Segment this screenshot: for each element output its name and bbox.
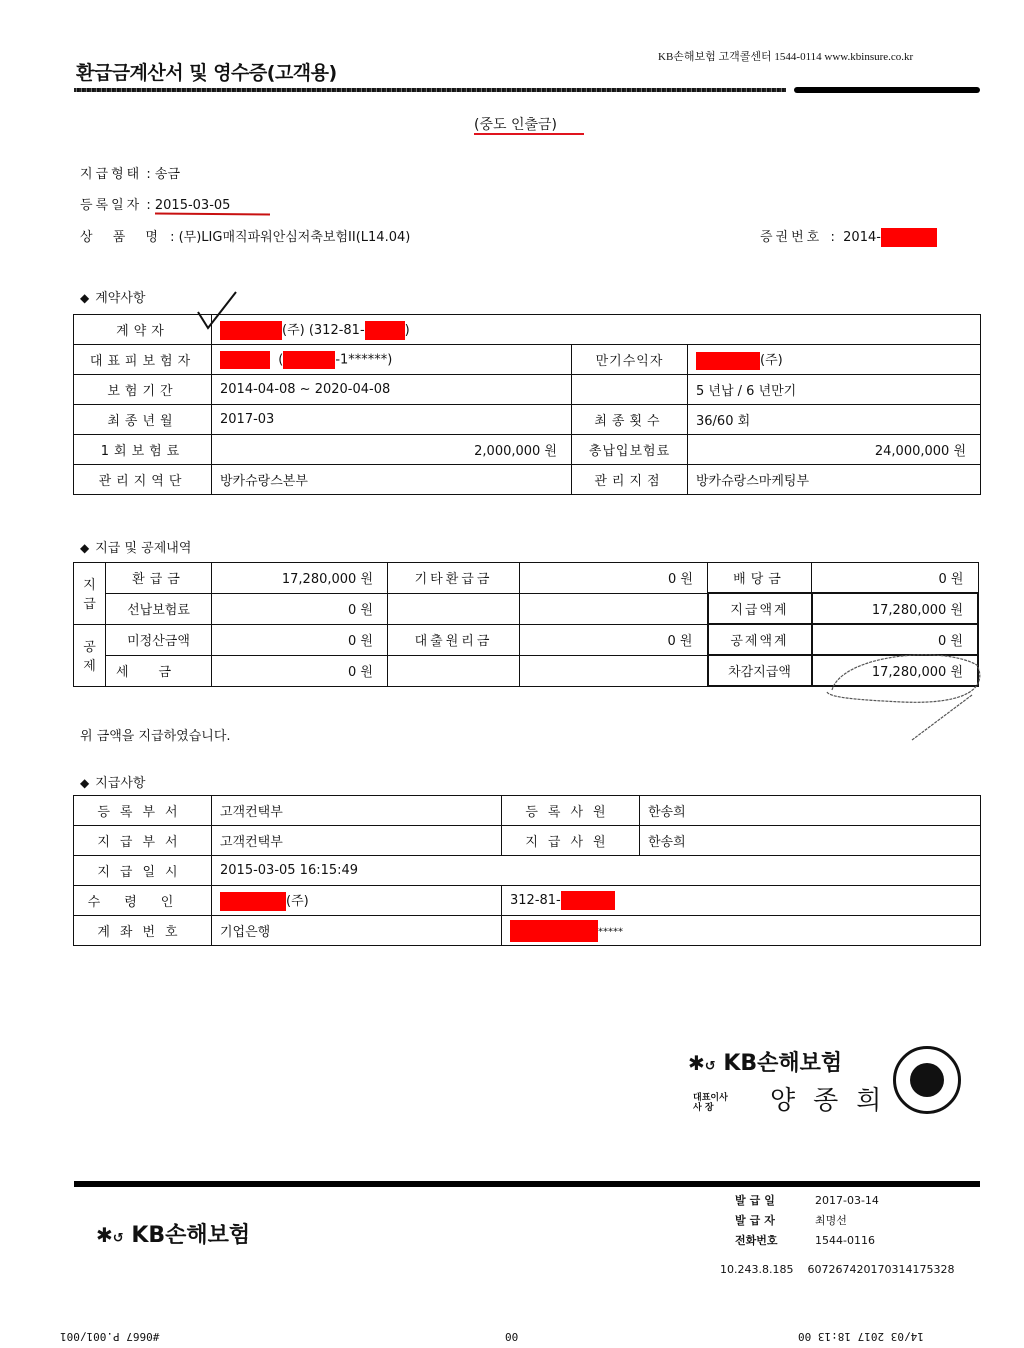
final-count-label: 최종횟수 xyxy=(572,405,688,435)
table-row: 지급 환급금 17,280,000 원 기타환급금 0 원 배당금 0 원 xyxy=(74,563,979,594)
fax-header-right: 14/03 2017 18:13 00 xyxy=(798,1330,924,1343)
issue-date-row: 발급일2017-03-14 xyxy=(735,1192,879,1208)
section-payment-info-title: 지급사항 xyxy=(95,776,145,791)
redaction-contractor xyxy=(220,321,282,340)
payment-type-label: 지급형태 xyxy=(80,163,142,182)
payment-type-value: 송금 xyxy=(155,167,180,182)
kb-star-icon: ✱ xyxy=(688,1051,705,1075)
pay-dept-value: 고객컨택부 xyxy=(212,826,502,856)
header-contact: KB손해보험 고객콜센터 1544-0114 www.kbinsure.co.k… xyxy=(658,48,913,64)
maturity-recipient-value: (주) xyxy=(688,345,981,375)
payment-statement: 위 금액을 지급하였습니다. xyxy=(80,725,231,744)
table-row: 계좌번호 기업은행 ***** xyxy=(74,916,981,946)
table-row: 선납보험료 0 원 지급액계 17,280,000 원 xyxy=(74,593,979,624)
table-row: 지급부서 고객컨택부 지급사원 한송희 xyxy=(74,826,981,856)
pay-datetime-label: 지급일시 xyxy=(74,856,212,886)
document-title: 환급금계산서 및 영수증(고객용) xyxy=(76,58,337,85)
phone-row: 전화번호1544-0116 xyxy=(735,1232,875,1248)
table-row: 최종년월 2017-03 최종횟수 36/60 회 xyxy=(74,405,981,435)
section-payment-info-header: ◆지급사항 xyxy=(80,772,145,791)
company-seal-icon xyxy=(893,1046,961,1114)
redaction-insured xyxy=(220,351,270,369)
document-subtitle: (중도 인출금) xyxy=(474,114,557,134)
section-payment-detail-title: 지급 및 공제내역 xyxy=(95,541,191,556)
handwritten-underline xyxy=(155,212,270,215)
account-label: 계좌번호 xyxy=(74,916,212,946)
kb-star-icon: ✱ xyxy=(96,1223,113,1247)
insured-label: 대표피보험자 xyxy=(74,345,212,375)
policy-no-value: 2014- xyxy=(843,230,881,245)
payment-total-value: 17,280,000 원 xyxy=(812,593,979,624)
section-contract-title: 계약사항 xyxy=(95,291,145,306)
table-row: 보험기간 2014-04-08 ~ 2020-04-08 5 년납 / 6 년만… xyxy=(74,375,981,405)
policy-no-row: 증권번호 : 2014- xyxy=(760,226,937,247)
tax-label: 세금 xyxy=(106,655,212,686)
pay-staff-label: 지급사원 xyxy=(502,826,640,856)
reg-staff-value: 한송희 xyxy=(640,796,981,826)
dividend-label: 배당금 xyxy=(708,563,812,594)
table-row: 등록부서 고객컨택부 등록사원 한송희 xyxy=(74,796,981,826)
reg-dept-value: 고객컨택부 xyxy=(212,796,502,826)
section-payment-detail-header: ◆지급 및 공제내역 xyxy=(80,537,191,556)
table-row: 대표피보험자 (-1******) 만기수익자 (주) xyxy=(74,345,981,375)
other-refund-label: 기타환급금 xyxy=(388,563,520,594)
final-month-label: 최종년월 xyxy=(74,405,212,435)
fax-header-left: #0667 P.001/001 xyxy=(60,1330,159,1343)
pay-dept-label: 지급부서 xyxy=(74,826,212,856)
registration-date-value: 2015-03-05 xyxy=(155,198,231,213)
recipient-label: 수령인 xyxy=(74,886,212,916)
region-value: 방카슈랑스본부 xyxy=(212,465,572,495)
table-row: 지급일시 2015-03-05 16:15:49 xyxy=(74,856,981,886)
total-paid-label: 총납입보험료 xyxy=(572,435,688,465)
pay-datetime-value: 2015-03-05 16:15:49 xyxy=(212,856,981,886)
reg-staff-label: 등록사원 xyxy=(502,796,640,826)
footer-rule xyxy=(74,1181,980,1187)
loan-value: 0 원 xyxy=(520,624,708,655)
redaction-policy-no xyxy=(881,228,937,247)
prepaid-label: 선납보험료 xyxy=(106,593,212,624)
product-value: (무)LIG매직파워안심저축보험II(L14.04) xyxy=(179,230,411,245)
bank-value: 기업은행 xyxy=(212,916,502,946)
signature-company-logo: ✱↺ KB손해보험 xyxy=(688,1046,842,1077)
contract-table: 계약자 (주) (312-81-) 대표피보험자 (-1******) 만기수익… xyxy=(73,314,981,495)
redaction-recipient-id xyxy=(561,891,615,910)
prepaid-value: 0 원 xyxy=(212,593,388,624)
product-label: 상 품 명 xyxy=(80,226,166,245)
branch-value: 방카슈랑스마케팅부 xyxy=(688,465,981,495)
refund-label: 환급금 xyxy=(106,563,212,594)
group-deduction-label: 공제 xyxy=(74,624,106,686)
table-row: 수령인 (주) 312-81- xyxy=(74,886,981,916)
maturity-recipient-label: 만기수익자 xyxy=(572,345,688,375)
diamond-icon: ◆ xyxy=(80,776,89,790)
table-row: 1회보험료 2,000,000 원 총납입보험료 24,000,000 원 xyxy=(74,435,981,465)
period-value: 2014-04-08 ~ 2020-04-08 xyxy=(212,375,572,405)
issuer-row: 발급자최명선 xyxy=(735,1212,847,1228)
premium-value: 2,000,000 원 xyxy=(212,435,572,465)
footer-company-logo: ✱↺ KB손해보험 xyxy=(96,1218,250,1249)
redaction-account-no xyxy=(510,920,598,942)
insured-value: (-1******) xyxy=(212,345,572,375)
unsettled-value: 0 원 xyxy=(212,624,388,655)
ceo-title: 대표이사 사 장 xyxy=(693,1093,728,1113)
pay-staff-value: 한송희 xyxy=(640,826,981,856)
policy-no-label: 증권번호 xyxy=(760,226,822,245)
section-contract-header: ◆계약사항 xyxy=(80,287,145,306)
period-label: 보험기간 xyxy=(74,375,212,405)
product-row: 상 품 명 : (무)LIG매직파워안심저축보험II(L14.04) xyxy=(80,226,410,245)
other-refund-value: 0 원 xyxy=(520,563,708,594)
group-payment-label: 지급 xyxy=(74,563,106,625)
diamond-icon: ◆ xyxy=(80,291,89,305)
header-rule xyxy=(74,88,786,92)
final-month-value: 2017-03 xyxy=(212,405,572,435)
registration-date-row: 등록일자 : 2015-03-05 xyxy=(80,194,230,213)
header-rule-bar xyxy=(794,87,980,93)
dividend-value: 0 원 xyxy=(812,563,979,594)
contractor-label: 계약자 xyxy=(74,315,212,345)
unsettled-label: 미정산금액 xyxy=(106,624,212,655)
loan-label: 대출원리금 xyxy=(388,624,520,655)
issue-ip-docno: 10.243.8.185 607267420170314175328 xyxy=(720,1263,954,1276)
account-value: ***** xyxy=(502,916,981,946)
reg-dept-label: 등록부서 xyxy=(74,796,212,826)
redaction-maturity-recipient xyxy=(696,352,760,370)
handwritten-circle-annotation xyxy=(822,640,987,745)
region-label: 관리지역단 xyxy=(74,465,212,495)
table-row: 관리지역단 방카슈랑스본부 관리지점 방카슈랑스마케팅부 xyxy=(74,465,981,495)
subtitle-underline xyxy=(474,133,584,135)
ceo-signature: 양종희 xyxy=(770,1080,899,1117)
term-value: 5 년납 / 6 년만기 xyxy=(688,375,981,405)
recipient-value: (주) xyxy=(212,886,502,916)
recipient-id-value: 312-81- xyxy=(502,886,981,916)
redaction-insured-id xyxy=(283,351,335,369)
payment-info-table: 등록부서 고객컨택부 등록사원 한송희 지급부서 고객컨택부 지급사원 한송희 … xyxy=(73,795,981,946)
payment-total-label: 지급액계 xyxy=(708,593,812,624)
premium-label: 1회보험료 xyxy=(74,435,212,465)
payment-type-row: 지급형태 : 송금 xyxy=(80,163,180,182)
net-payment-label: 차감지급액 xyxy=(708,655,812,686)
fax-header-center: 00 xyxy=(505,1330,518,1343)
contractor-value: (주) (312-81-) xyxy=(212,315,981,345)
deduction-total-label: 공제액계 xyxy=(708,624,812,655)
refund-value: 17,280,000 원 xyxy=(212,563,388,594)
branch-label: 관리지점 xyxy=(572,465,688,495)
diamond-icon: ◆ xyxy=(80,541,89,555)
table-row: 계약자 (주) (312-81-) xyxy=(74,315,981,345)
tax-value: 0 원 xyxy=(212,655,388,686)
total-paid-value: 24,000,000 원 xyxy=(688,435,981,465)
redaction-recipient xyxy=(220,892,286,911)
final-count-value: 36/60 회 xyxy=(688,405,981,435)
redaction-biz-no xyxy=(365,321,405,340)
registration-date-label: 등록일자 xyxy=(80,194,142,213)
